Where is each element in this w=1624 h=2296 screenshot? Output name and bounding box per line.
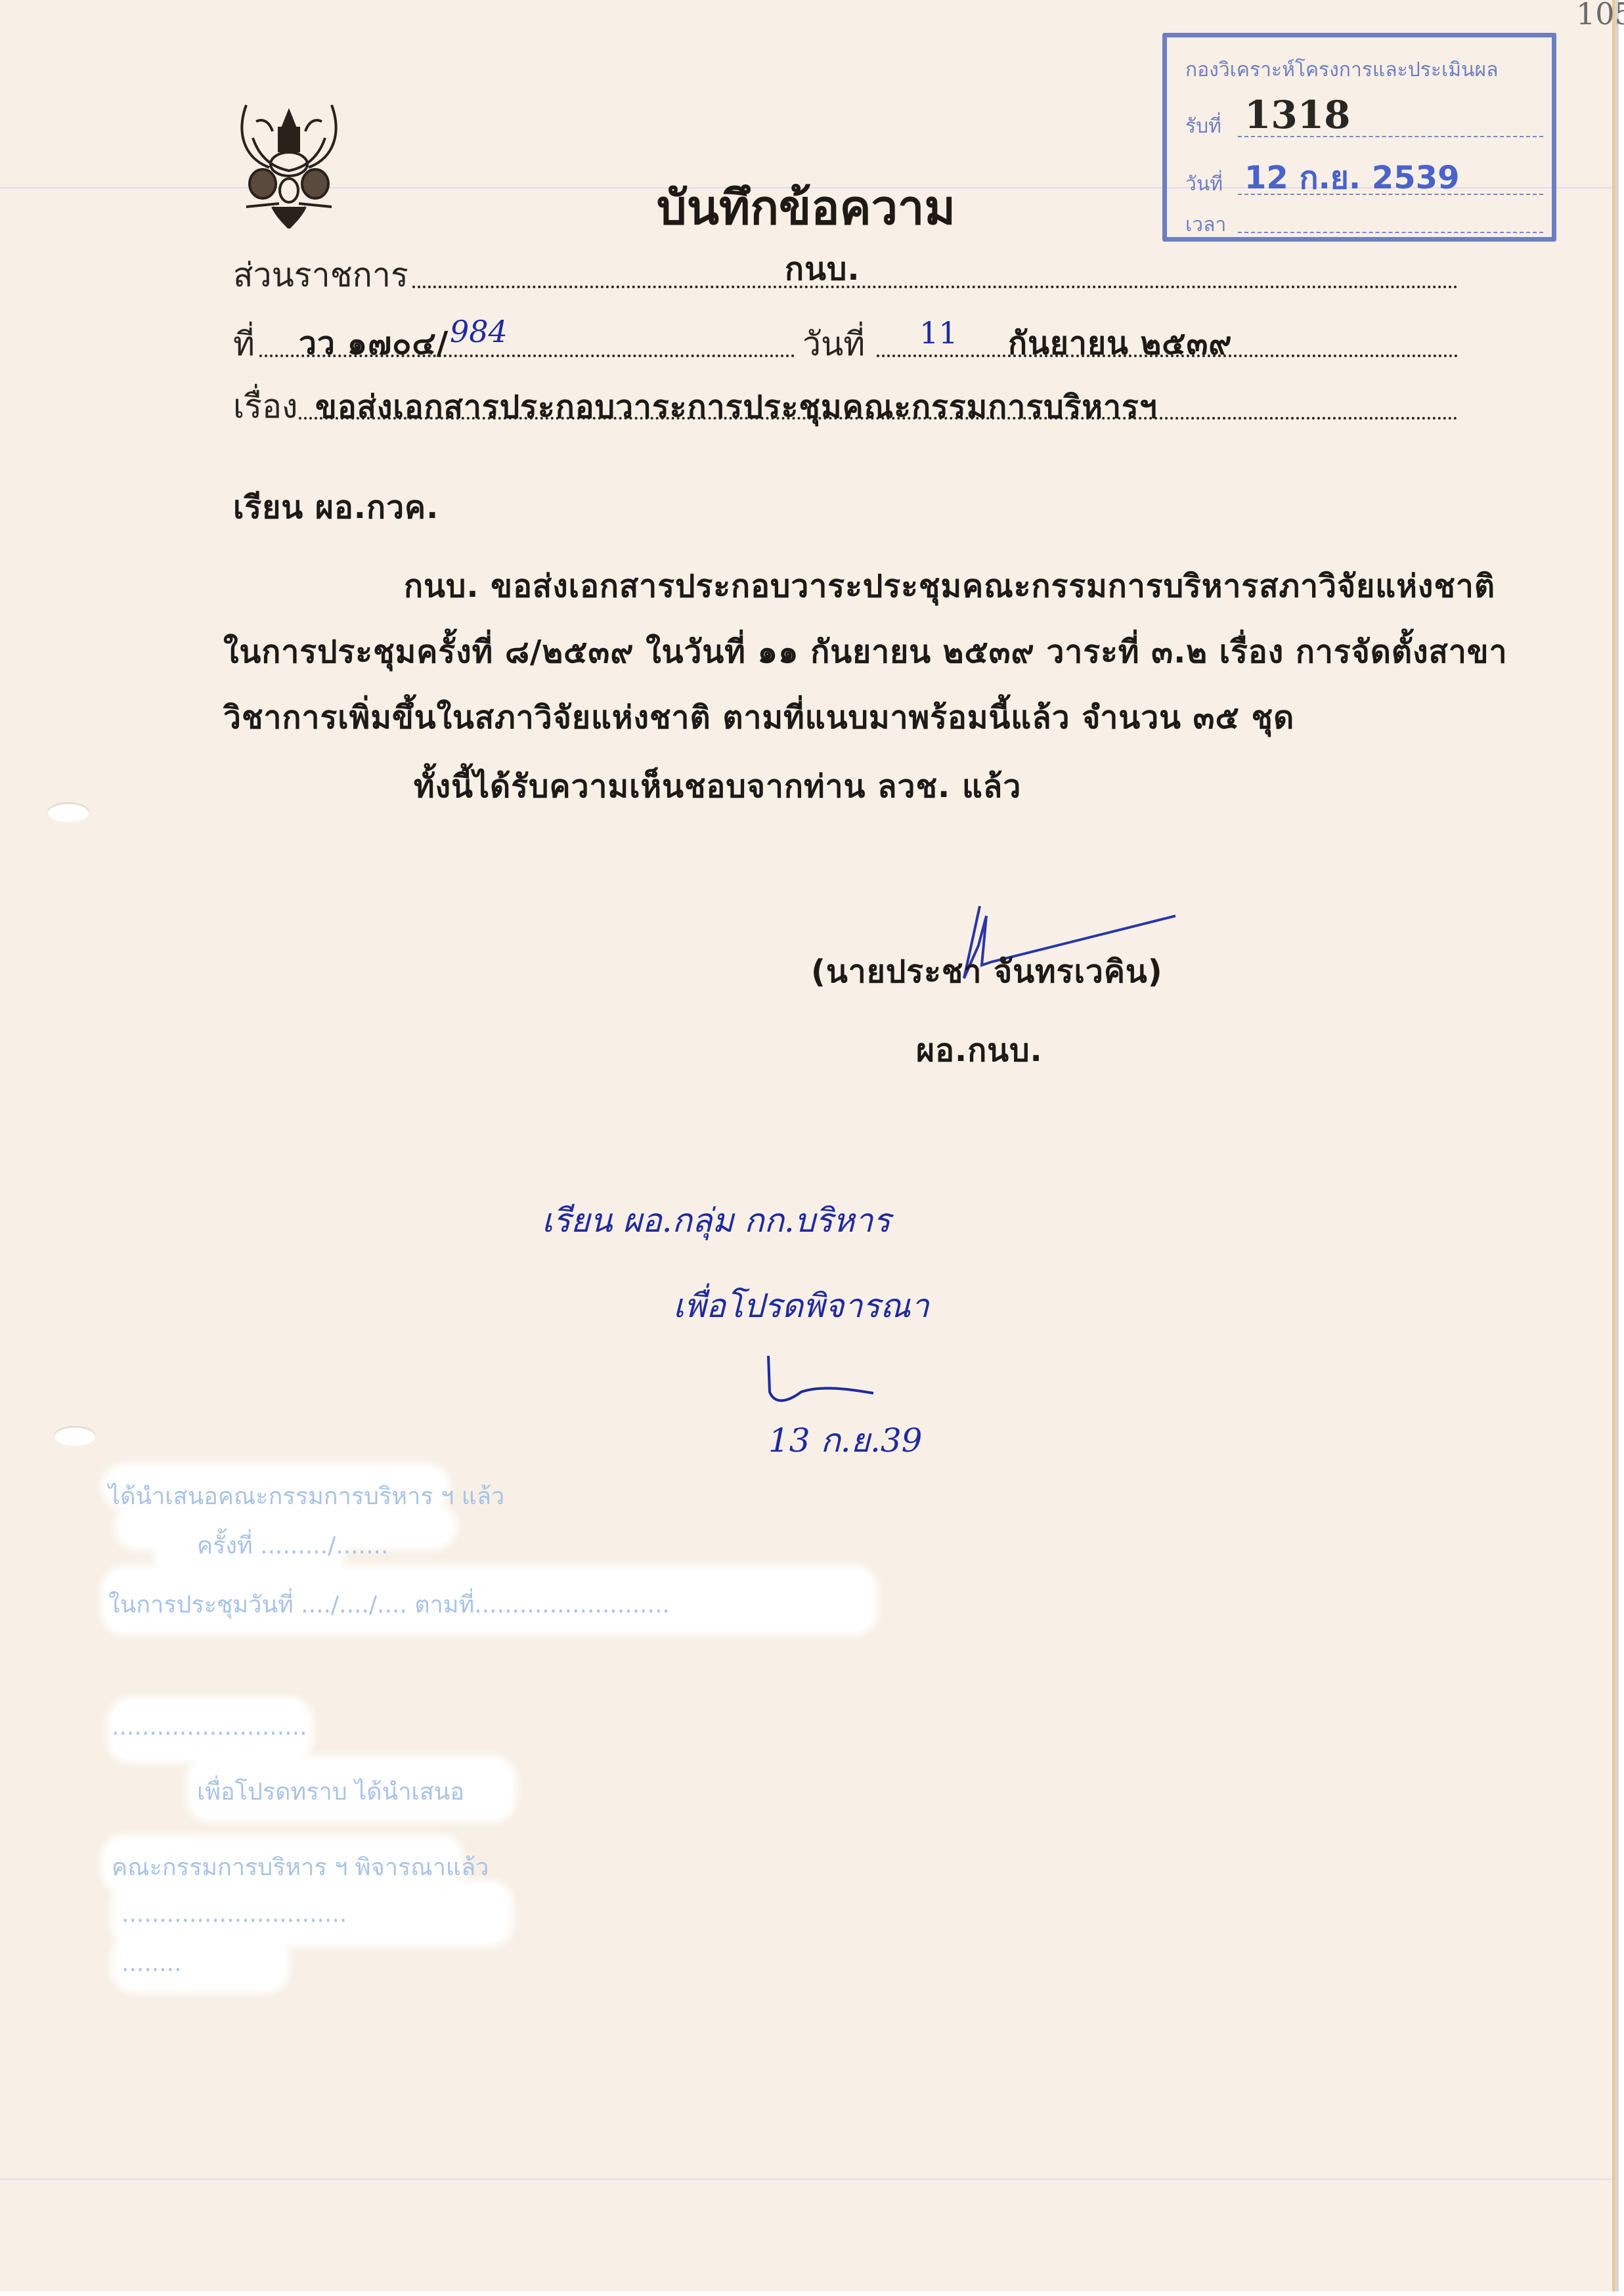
punch-hole: [54, 1426, 96, 1446]
body-line-3: วิชาการเพิ่มขึ้นในสภาวิจัยแห่งชาติ ตามที…: [223, 693, 1294, 743]
handwritten-note-line-2: เพื่อโปรดพิจารณา: [673, 1280, 929, 1332]
date-label: วันที่: [802, 318, 865, 370]
receipt-stamp: กองวิเคราะห์โครงการและประเมินผล รับที่ 1…: [1162, 33, 1556, 242]
handwritten-note-date: 13 ก.ย.39: [768, 1415, 923, 1467]
paper-rule: [0, 2178, 1612, 2180]
redacted-stamp-line-2: ครั้งที่ ........./.......: [197, 1527, 388, 1564]
department-dotted-line: [412, 286, 1458, 288]
department-value: กนบ.: [785, 244, 860, 294]
redacted-stamp-line-5: เพื่อโปรดทราบ ได้นำเสนอ: [197, 1773, 464, 1810]
punch-hole: [47, 802, 89, 822]
signatory-position: ผอ.กนบ.: [916, 1026, 1043, 1075]
stamp-date-label: วันที่: [1185, 169, 1223, 200]
signatory-name: (นายประชา จันทรเวคิน): [811, 947, 1163, 997]
subject-value: ขอส่งเอกสารประกอบวาระการประชุมคณะกรรมการ…: [315, 382, 1158, 432]
redacted-stamp-line-3: ในการประชุมวันที่ ..../..../.... ตามที่.…: [108, 1586, 670, 1623]
stamp-time-label: เวลา: [1185, 209, 1226, 240]
body-line-2: ในการประชุมครั้งที่ ๘/๒๕๓๙ ในวันที่ ๑๑ ก…: [223, 627, 1508, 677]
stamp-date: 12 ก.ย. 2539: [1244, 153, 1459, 203]
stamp-office: กองวิเคราะห์โครงการและประเมินผล: [1185, 54, 1499, 85]
stamp-received-no-label: รับที่: [1185, 111, 1221, 142]
handwritten-note-line-1: เรียน ผอ.กลุ่ม กก.บริหาร: [542, 1195, 890, 1247]
department-label: ส่วนราชการ: [233, 249, 408, 301]
redacted-stamp-line-8: ........: [121, 1950, 182, 1977]
stamp-received-no: 1318: [1244, 93, 1350, 137]
date-month-year: กันยายน ๒๕๓๙: [1008, 318, 1233, 368]
document-title: บันทึกข้อความ: [657, 169, 955, 245]
subject-label: เรื่อง: [233, 381, 297, 433]
redacted-stamp-line-4: ..........................: [112, 1714, 307, 1741]
redacted-stamp-line-7: ..............................: [121, 1901, 347, 1928]
page-number: 105: [1576, 0, 1624, 32]
document-page: 105 บันทึกข้อความ ส่วนราชการ กนบ: [0, 0, 1615, 2291]
ref-handwritten: 984: [450, 314, 508, 349]
ref-label: ที่: [233, 318, 255, 370]
salutation: เรียน ผอ.กวค.: [233, 483, 439, 532]
redacted-stamp-line-1: ได้นำเสนอคณะกรรมการบริหาร ฯ แล้ว: [108, 1477, 504, 1515]
ref-typed: วว ๑๗๐๔/: [299, 318, 449, 368]
garuda-emblem-icon: [233, 98, 345, 230]
redacted-stamp-line-6: คณะกรรมการบริหาร ฯ พิจารณาแล้ว: [112, 1848, 489, 1886]
stamp-time-line: [1238, 232, 1543, 233]
body-line-4: ทั้งนี้ได้รับความเห็นชอบจากท่าน ลวช. แล้…: [414, 762, 1021, 812]
handwritten-initials: [762, 1353, 880, 1412]
body-line-1: กนบ. ขอส่งเอกสารประกอบวาระประชุมคณะกรรมก…: [404, 561, 1495, 611]
date-day-handwritten: 11: [919, 315, 958, 351]
